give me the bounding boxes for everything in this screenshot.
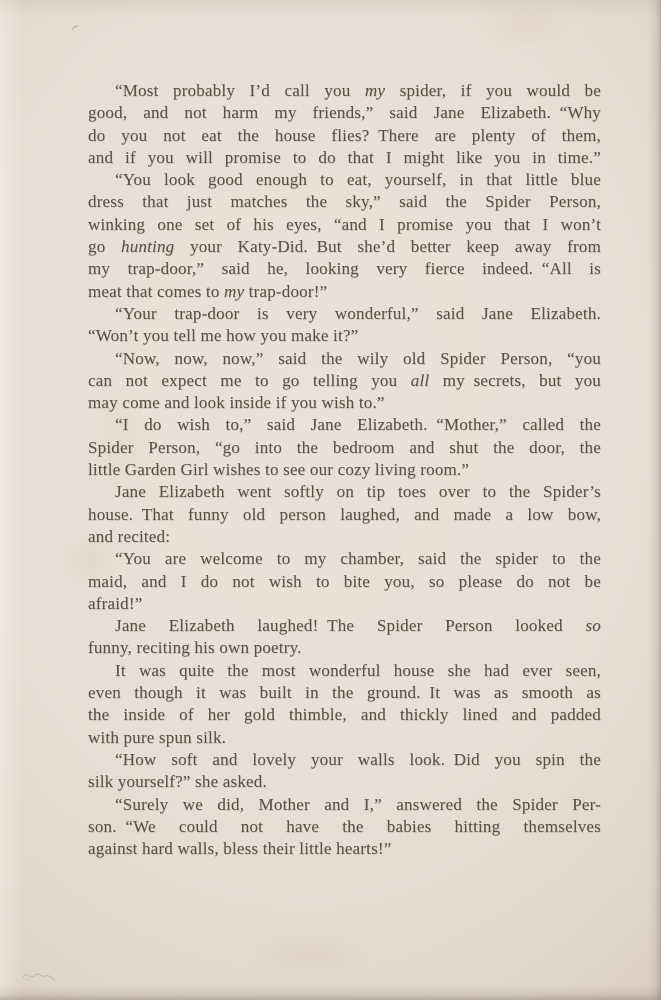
paper-stain <box>480 0 570 50</box>
text-line: “I do wish to,” said Jane Elizabeth. “Mo… <box>88 414 601 436</box>
text-line: even though it was built in the ground. … <box>88 682 601 704</box>
text-line: “Most probably I’d call you my spider, i… <box>88 80 601 102</box>
text-block: “Most probably I’d call you my spider, i… <box>88 80 601 860</box>
text-line: with pure spun silk. <box>88 727 601 749</box>
text-line: house. That funny old person laughed, an… <box>88 504 601 526</box>
paragraph: “Most probably I’d call you my spider, i… <box>88 80 601 169</box>
paragraph: “Now, now, now,” said the wily old Spide… <box>88 348 601 415</box>
text-line: silk yourself?” she asked. <box>88 771 601 793</box>
paper-stain <box>250 930 370 980</box>
paragraph: “Surely we did, Mother and I,” answered … <box>88 794 601 861</box>
text-line: and recited: <box>88 526 601 548</box>
paragraph: “You are welcome to my chamber, said the… <box>88 548 601 615</box>
text-line: go hunting your Katy-Did. But she’d bett… <box>88 236 601 258</box>
text-line: funny, reciting his own poetry. <box>88 637 601 659</box>
text-line: afraid!” <box>88 593 601 615</box>
text-line: winking one set of his eyes, “and I prom… <box>88 214 601 236</box>
text-line: and if you will promise to do that I mig… <box>88 147 601 169</box>
text-line: meat that comes to my trap-door!” <box>88 281 601 303</box>
paragraph: “You look good enough to eat, yourself, … <box>88 169 601 303</box>
text-line: “How soft and lovely your walls look. Di… <box>88 749 601 771</box>
text-line: my trap-door,” said he, looking very fie… <box>88 258 601 280</box>
text-line: “You look good enough to eat, yourself, … <box>88 169 601 191</box>
paragraph: Jane Elizabeth went softly on tip toes o… <box>88 481 601 548</box>
book-page: “Most probably I’d call you my spider, i… <box>0 0 661 1000</box>
text-line: can not expect me to go telling you all … <box>88 370 601 392</box>
text-line: Jane Elizabeth went softly on tip toes o… <box>88 481 601 503</box>
text-line: “Won’t you tell me how you make it?” <box>88 325 601 347</box>
stray-speck-mark <box>71 24 81 34</box>
text-line: against hard walls, bless their little h… <box>88 838 601 860</box>
text-line: “You are welcome to my chamber, said the… <box>88 548 601 570</box>
text-line: son. “We could not have the babies hitti… <box>88 816 601 838</box>
paragraph: Jane Elizabeth laughed! The Spider Perso… <box>88 615 601 660</box>
paragraph: “How soft and lovely your walls look. Di… <box>88 749 601 794</box>
text-line: dress that just matches the sky,” said t… <box>88 191 601 213</box>
text-line: “Surely we did, Mother and I,” answered … <box>88 794 601 816</box>
text-line: “Your trap-door is very wonderful,” said… <box>88 303 601 325</box>
text-line: may come and look inside if you wish to.… <box>88 392 601 414</box>
text-line: the inside of her gold thimble, and thic… <box>88 704 601 726</box>
paragraph: “Your trap-door is very wonderful,” said… <box>88 303 601 348</box>
text-line: Spider Person, “go into the bedroom and … <box>88 437 601 459</box>
text-line: It was quite the most wonderful house sh… <box>88 660 601 682</box>
paragraph: It was quite the most wonderful house sh… <box>88 660 601 749</box>
paragraph: “I do wish to,” said Jane Elizabeth. “Mo… <box>88 414 601 481</box>
text-line: good, and not harm my friends,” said Jan… <box>88 102 601 124</box>
text-line: Jane Elizabeth laughed! The Spider Perso… <box>88 615 601 637</box>
pencil-scribble-mark <box>20 965 68 985</box>
text-line: do you not eat the house flies? There ar… <box>88 125 601 147</box>
text-line: maid, and I do not wish to bite you, so … <box>88 571 601 593</box>
text-line: little Garden Girl wishes to see our coz… <box>88 459 601 481</box>
text-line: “Now, now, now,” said the wily old Spide… <box>88 348 601 370</box>
